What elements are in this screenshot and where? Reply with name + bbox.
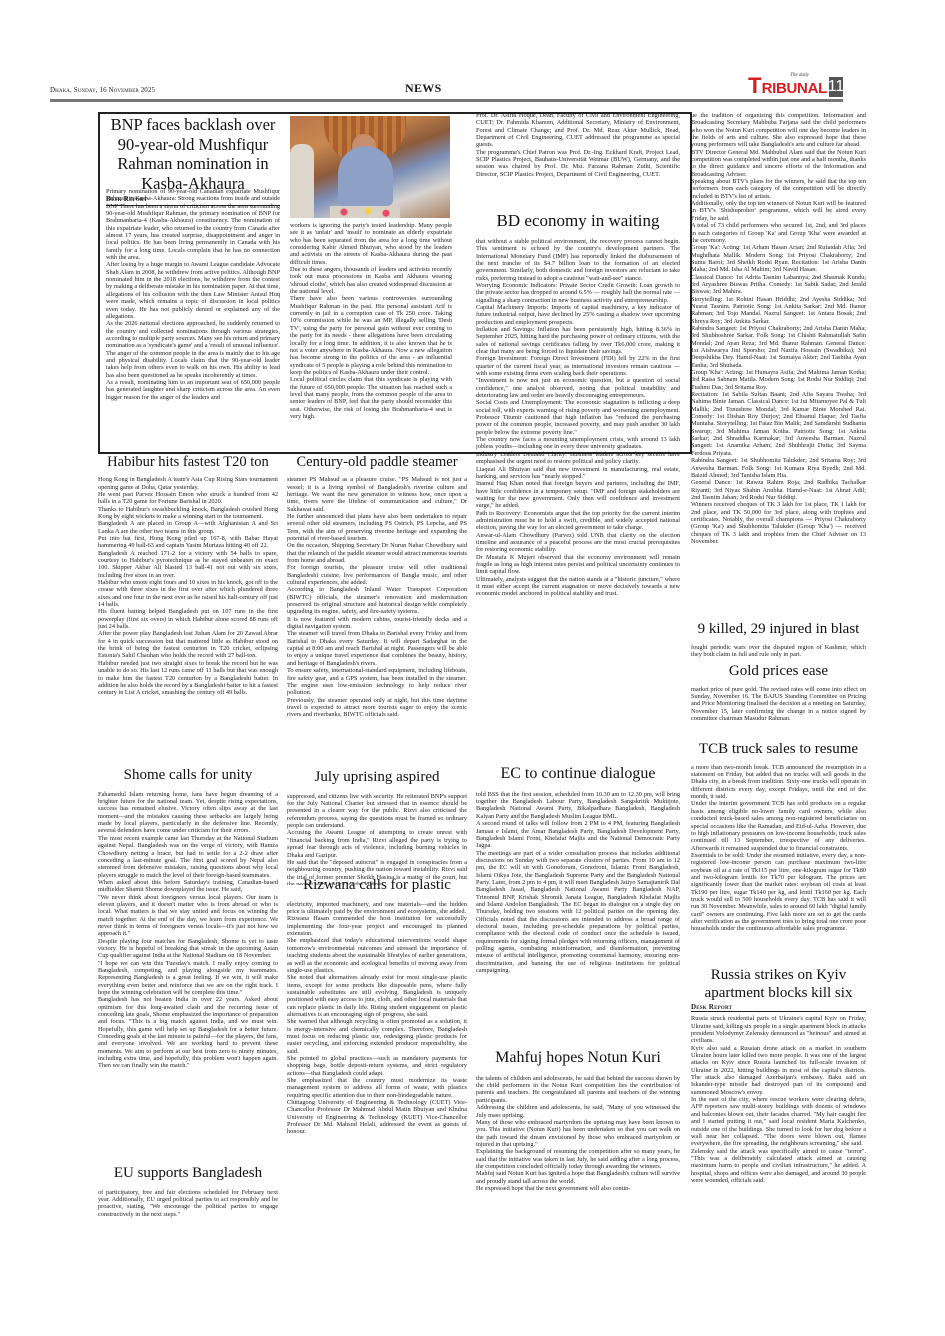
paragraph: Fahamedul Islam returning home, fans hav…: [98, 791, 278, 835]
article-gold: Gold prices ease market price of pure go…: [691, 664, 866, 736]
article-economy: BD economy in waiting that without a sta…: [476, 208, 680, 753]
paragraph: For foreign tourists, the pleasure cruis…: [287, 564, 467, 586]
paragraph: Professor Titumir cautioned that high in…: [476, 414, 680, 436]
paragraph: told BSS that the first session, schedul…: [476, 791, 680, 820]
paragraph: Path to Recovery: Economists argue that …: [476, 510, 680, 532]
article-eu: EU supports Bangladesh of participatory,…: [98, 1166, 278, 1226]
article-tcb: TCB truck sales to resume a more than tw…: [691, 742, 866, 962]
paragraph: Rizwana Hasan commended the host institu…: [287, 915, 467, 937]
paragraph: As a result, nominating him to an import…: [106, 379, 280, 401]
paragraph: "Investment is now not just an economic …: [476, 377, 680, 399]
paragraph: After losing by a huge margin to Awami L…: [106, 261, 280, 320]
paragraph: General Dance: 1st Rawza Rahim Roja; 2nd…: [691, 479, 866, 501]
paragraph: ue the tradition of organizing this comp…: [691, 112, 866, 149]
paragraph: BTV Director General Md. Mahbubul Alam s…: [691, 149, 866, 178]
article-habibur: Habibur hits fastest T20 ton Hong Kong i…: [98, 455, 278, 765]
paragraph: Put into bat first, Hong Kong piled up 1…: [98, 535, 278, 550]
article-mahfuj: Mahfuj hopes Notun Kuri the talents of c…: [476, 1050, 680, 1230]
paragraph: Due to these angers, thousands of leader…: [290, 266, 452, 295]
paragraph: Winners received cheques of TK 3 lakh fo…: [691, 501, 866, 545]
paragraph: Under the interim government TCB has sol…: [691, 800, 866, 851]
logo-tagline: The daily: [790, 73, 809, 78]
paragraph: Thanks to Habibur's swashbuckling knock,…: [98, 506, 278, 521]
paragraph: Additionally, only the top ten winners o…: [691, 200, 866, 222]
photo-mushfiqur-rahman: [290, 116, 450, 218]
paragraph: Zelensky said the attack was specificall…: [691, 1148, 866, 1185]
article-rizwana-continuation: Prof. Dr. Asiful Hoque, Dean, Faculty of…: [476, 112, 680, 208]
logo-name: RIBUNAL: [762, 81, 827, 96]
article-blast: 9 killed, 29 injured in blast fought per…: [691, 622, 866, 662]
paragraph: Group 'Ka': Acting: 1st Arham Hasan Aria…: [691, 244, 866, 273]
section-title: NEWS: [405, 81, 442, 96]
paragraph: a more than two-month break. TCB announc…: [691, 764, 866, 801]
paragraph: workers is ignoring the party's tested l…: [290, 222, 452, 266]
paragraph: It is now featured with modern cabins, t…: [287, 616, 467, 631]
headline-russia: Russia strikes on Kyiv apartment blocks …: [691, 966, 866, 1002]
paragraph: A second round of talks will follow from…: [476, 820, 680, 849]
paragraph: that without a stable political environm…: [476, 238, 680, 282]
paragraph: To ensure safety, international-standard…: [287, 667, 467, 696]
paragraph: The country now faces a mounting unemplo…: [476, 436, 680, 451]
headline-economy: BD economy in waiting: [476, 212, 680, 230]
paragraph: Bangladesh A reached 171-2 for a victory…: [98, 550, 278, 579]
headline-ec: EC to continue dialogue: [476, 766, 680, 783]
paragraph: suppressed, and citizens live with secur…: [287, 793, 467, 830]
paragraph: She noted that alternatives already exis…: [287, 974, 467, 1018]
paragraph: Prof. Dr. Asiful Hoque, Dean, Faculty of…: [476, 112, 680, 149]
headline-habibur: Habibur hits fastest T20 ton: [98, 455, 278, 470]
headline-rizwana: Rizwana calls for plastic: [287, 878, 467, 894]
paragraph: She pointed to global practices—such as …: [287, 1055, 467, 1077]
masthead: Dhaka, Sunday, 16 November 2025 NEWS The…: [50, 70, 843, 98]
article-notun-kuri-continuation: ue the tradition of organizing this comp…: [691, 112, 866, 622]
paragraph: Previously, the steamer operated only at…: [287, 697, 467, 719]
paragraph: Local political circles claim that this …: [290, 376, 452, 420]
paragraph: Russia struck residential parts of Ukrai…: [691, 1015, 866, 1044]
headline-gold: Gold prices ease: [691, 664, 866, 680]
paragraph: After the power play Bangladesh lost Jis…: [98, 630, 278, 659]
article-shome: Shome calls for unity Fahamedul Islam re…: [98, 768, 278, 1166]
dateline: Dhaka, Sunday, 16 November 2025: [50, 86, 155, 94]
paragraph: steamer PS Mahsud as a pleasure cruise. …: [287, 476, 467, 513]
page-header: Dhaka, Sunday, 16 November 2025 NEWS The…: [50, 70, 843, 102]
paragraph: Inflation and Savings: Inflation has bee…: [476, 326, 680, 355]
paragraph: Storytelling: 1st Rohini Hasan Hriddhi; …: [691, 296, 866, 325]
paragraph: He went past Parvez Hossain Emon who str…: [98, 491, 278, 506]
paragraph: electricity, imported machinery, and raw…: [287, 901, 467, 916]
paragraph: Many of those who embraced martyrdom the…: [476, 1119, 680, 1148]
paragraph: Hong Kong in Bangladesh A team's Asia Cu…: [98, 476, 278, 491]
article-paddle-steamer: Century-old paddle steamer steamer PS Ma…: [287, 455, 467, 765]
paragraph: Inamul Haq Khan noted that foreign buyer…: [476, 480, 680, 509]
paragraph: In the east of the city, where rescue wo…: [691, 1096, 866, 1147]
headline-paddle-steamer: Century-old paddle steamer: [287, 455, 467, 470]
paragraph: Mahfuj said Notun Kuri has ignited a hop…: [476, 1170, 680, 1185]
paragraph: "We never think about foreigners versus …: [98, 894, 278, 938]
paragraph: Ultimately, analysts suggest that the na…: [476, 576, 680, 598]
paragraph: When asked about this before Saturday's …: [98, 879, 278, 894]
headline-blast: 9 killed, 29 injured in blast: [691, 622, 866, 638]
paragraph: A total of 73 child performers who secur…: [691, 222, 866, 244]
paragraph: Chittagong University of Engineering & T…: [287, 1099, 467, 1136]
article-rizwana: Rizwana calls for plastic electricity, i…: [287, 878, 467, 1228]
paragraph: The meetings are part of a wider consult…: [476, 850, 680, 975]
paragraph: Speaking about BTV's plans for the winne…: [691, 178, 866, 200]
paragraph: Bangladesh has not beaten India in over …: [98, 996, 278, 1069]
paragraph: Recitation: 1st Sabila Sultan Baani; 2nd…: [691, 391, 866, 457]
headline-mahfuj: Mahfuj hopes Notun Kuri: [476, 1050, 680, 1067]
headline-eu: EU supports Bangladesh: [98, 1166, 278, 1182]
paragraph: Explaining the background of resuming th…: [476, 1148, 680, 1170]
paragraph: Liaquat Ali Bhuiyan said that new invest…: [476, 466, 680, 481]
article-july: July uprising aspired suppressed, and ci…: [287, 770, 467, 885]
paragraph: of participatory, free and fair election…: [98, 1189, 278, 1218]
paragraph: Anwar-ul-Alam Chowdhury (Parvez) told UN…: [476, 532, 680, 554]
paragraph: She emphasized that today's educational …: [287, 937, 467, 974]
paragraph: Dr Mustafa K Mujeri observed that the ec…: [476, 554, 680, 576]
paragraph: He expressed hope that the next governme…: [476, 1185, 680, 1192]
headline-tcb: TCB truck sales to resume: [691, 742, 866, 758]
paragraph: Habibur who smote eight fours and 10 six…: [98, 579, 278, 608]
paragraph: Addressing the children and adolescents,…: [476, 1104, 680, 1119]
paragraph: According to Bangladesh Inland Water Tra…: [287, 586, 467, 615]
byline-russia: Desk Report: [691, 1004, 866, 1012]
headline-shome: Shome calls for unity: [98, 768, 278, 784]
paragraph: Foreign Investment: Foreign Direct Inves…: [476, 355, 680, 377]
paragraph: He further announced that plans have als…: [287, 513, 467, 542]
article-ec: EC to continue dialogue told BSS that th…: [476, 766, 680, 1048]
paragraph: the talents of children and adolescents,…: [476, 1075, 680, 1104]
article-bnp-col2: workers is ignoring the party's tested l…: [290, 222, 452, 450]
paragraph: As the 2026 national elections approache…: [106, 320, 280, 379]
paragraph: On the occasion, Shipping Secretary Dr N…: [287, 542, 467, 564]
logo-initial: T: [748, 75, 761, 97]
paragraph: The most recent example came last Thursd…: [98, 835, 278, 879]
paragraph: Essentials to be sold: Under the resumed…: [691, 852, 866, 933]
paragraph: Worrying Economic Indicators: Private Se…: [476, 282, 680, 304]
paragraph: Despite playing four matches for Banglad…: [98, 938, 278, 960]
paragraph: Classical Dance: 1st Adrita Tasnim Laban…: [691, 274, 866, 296]
paragraph: Capital Machinery Imports: Imports of ca…: [476, 304, 680, 326]
paragraph: There have also been various controversi…: [290, 295, 452, 376]
article-bnp-col1: Primary nomination of 90-year-old Canadi…: [106, 188, 280, 450]
paragraph: fought periodic wars over the disputed r…: [691, 644, 866, 659]
newspaper-logo: The daily T RIBUNAL 11: [748, 75, 843, 97]
paragraph: Kyiv also said a Russian drone attack on…: [691, 1045, 866, 1096]
page-number: 11: [829, 77, 843, 97]
paragraph: She warned that although recycling is of…: [287, 1018, 467, 1055]
paragraph: Rabindra Sangeet: 1st Shubhomita Talukde…: [691, 457, 866, 479]
paragraph: His fluent batting helped Bangladesh put…: [98, 608, 278, 630]
paragraph: Primary nomination of 90-year-old Canadi…: [106, 188, 280, 261]
paragraph: Habibur needed just two straight sixes t…: [98, 660, 278, 697]
article-russia: Russia strikes on Kyiv apartment blocks …: [691, 966, 866, 1256]
paragraph: Rabindra Sangeet: 1st Priyosi Chakrabort…: [691, 325, 866, 369]
paragraph: Social Costs and Unemployment: The econo…: [476, 399, 680, 414]
headline-july: July uprising aspired: [287, 770, 467, 786]
paragraph: Accusing the Awami League of attempting …: [287, 829, 467, 858]
photo-person-body: [338, 146, 393, 206]
paragraph: "I hope we can win this Tuesday's match.…: [98, 960, 278, 997]
paragraph: Industry Leaders Demand Clarity: Busines…: [476, 451, 680, 466]
photo-flowers: [330, 206, 400, 218]
paragraph: The programme's Chief Patron was Prof. D…: [476, 149, 680, 178]
photo-bystander: [290, 144, 314, 218]
headline-bnp: BNP faces backlash over 90-year-old Mush…: [106, 115, 280, 193]
header-rule: [50, 99, 843, 102]
paragraph: She emphasized that the country must mod…: [287, 1077, 467, 1099]
paragraph: The steamer will travel from Dhaka to Ba…: [287, 630, 467, 667]
paragraph: Group 'Kha': Acting: 1st Humayra Asifa; …: [691, 369, 866, 391]
paragraph: market price of pure gold. The revised r…: [691, 686, 866, 723]
paragraph: Bangladesh A are placed in Group A—with …: [98, 520, 278, 535]
